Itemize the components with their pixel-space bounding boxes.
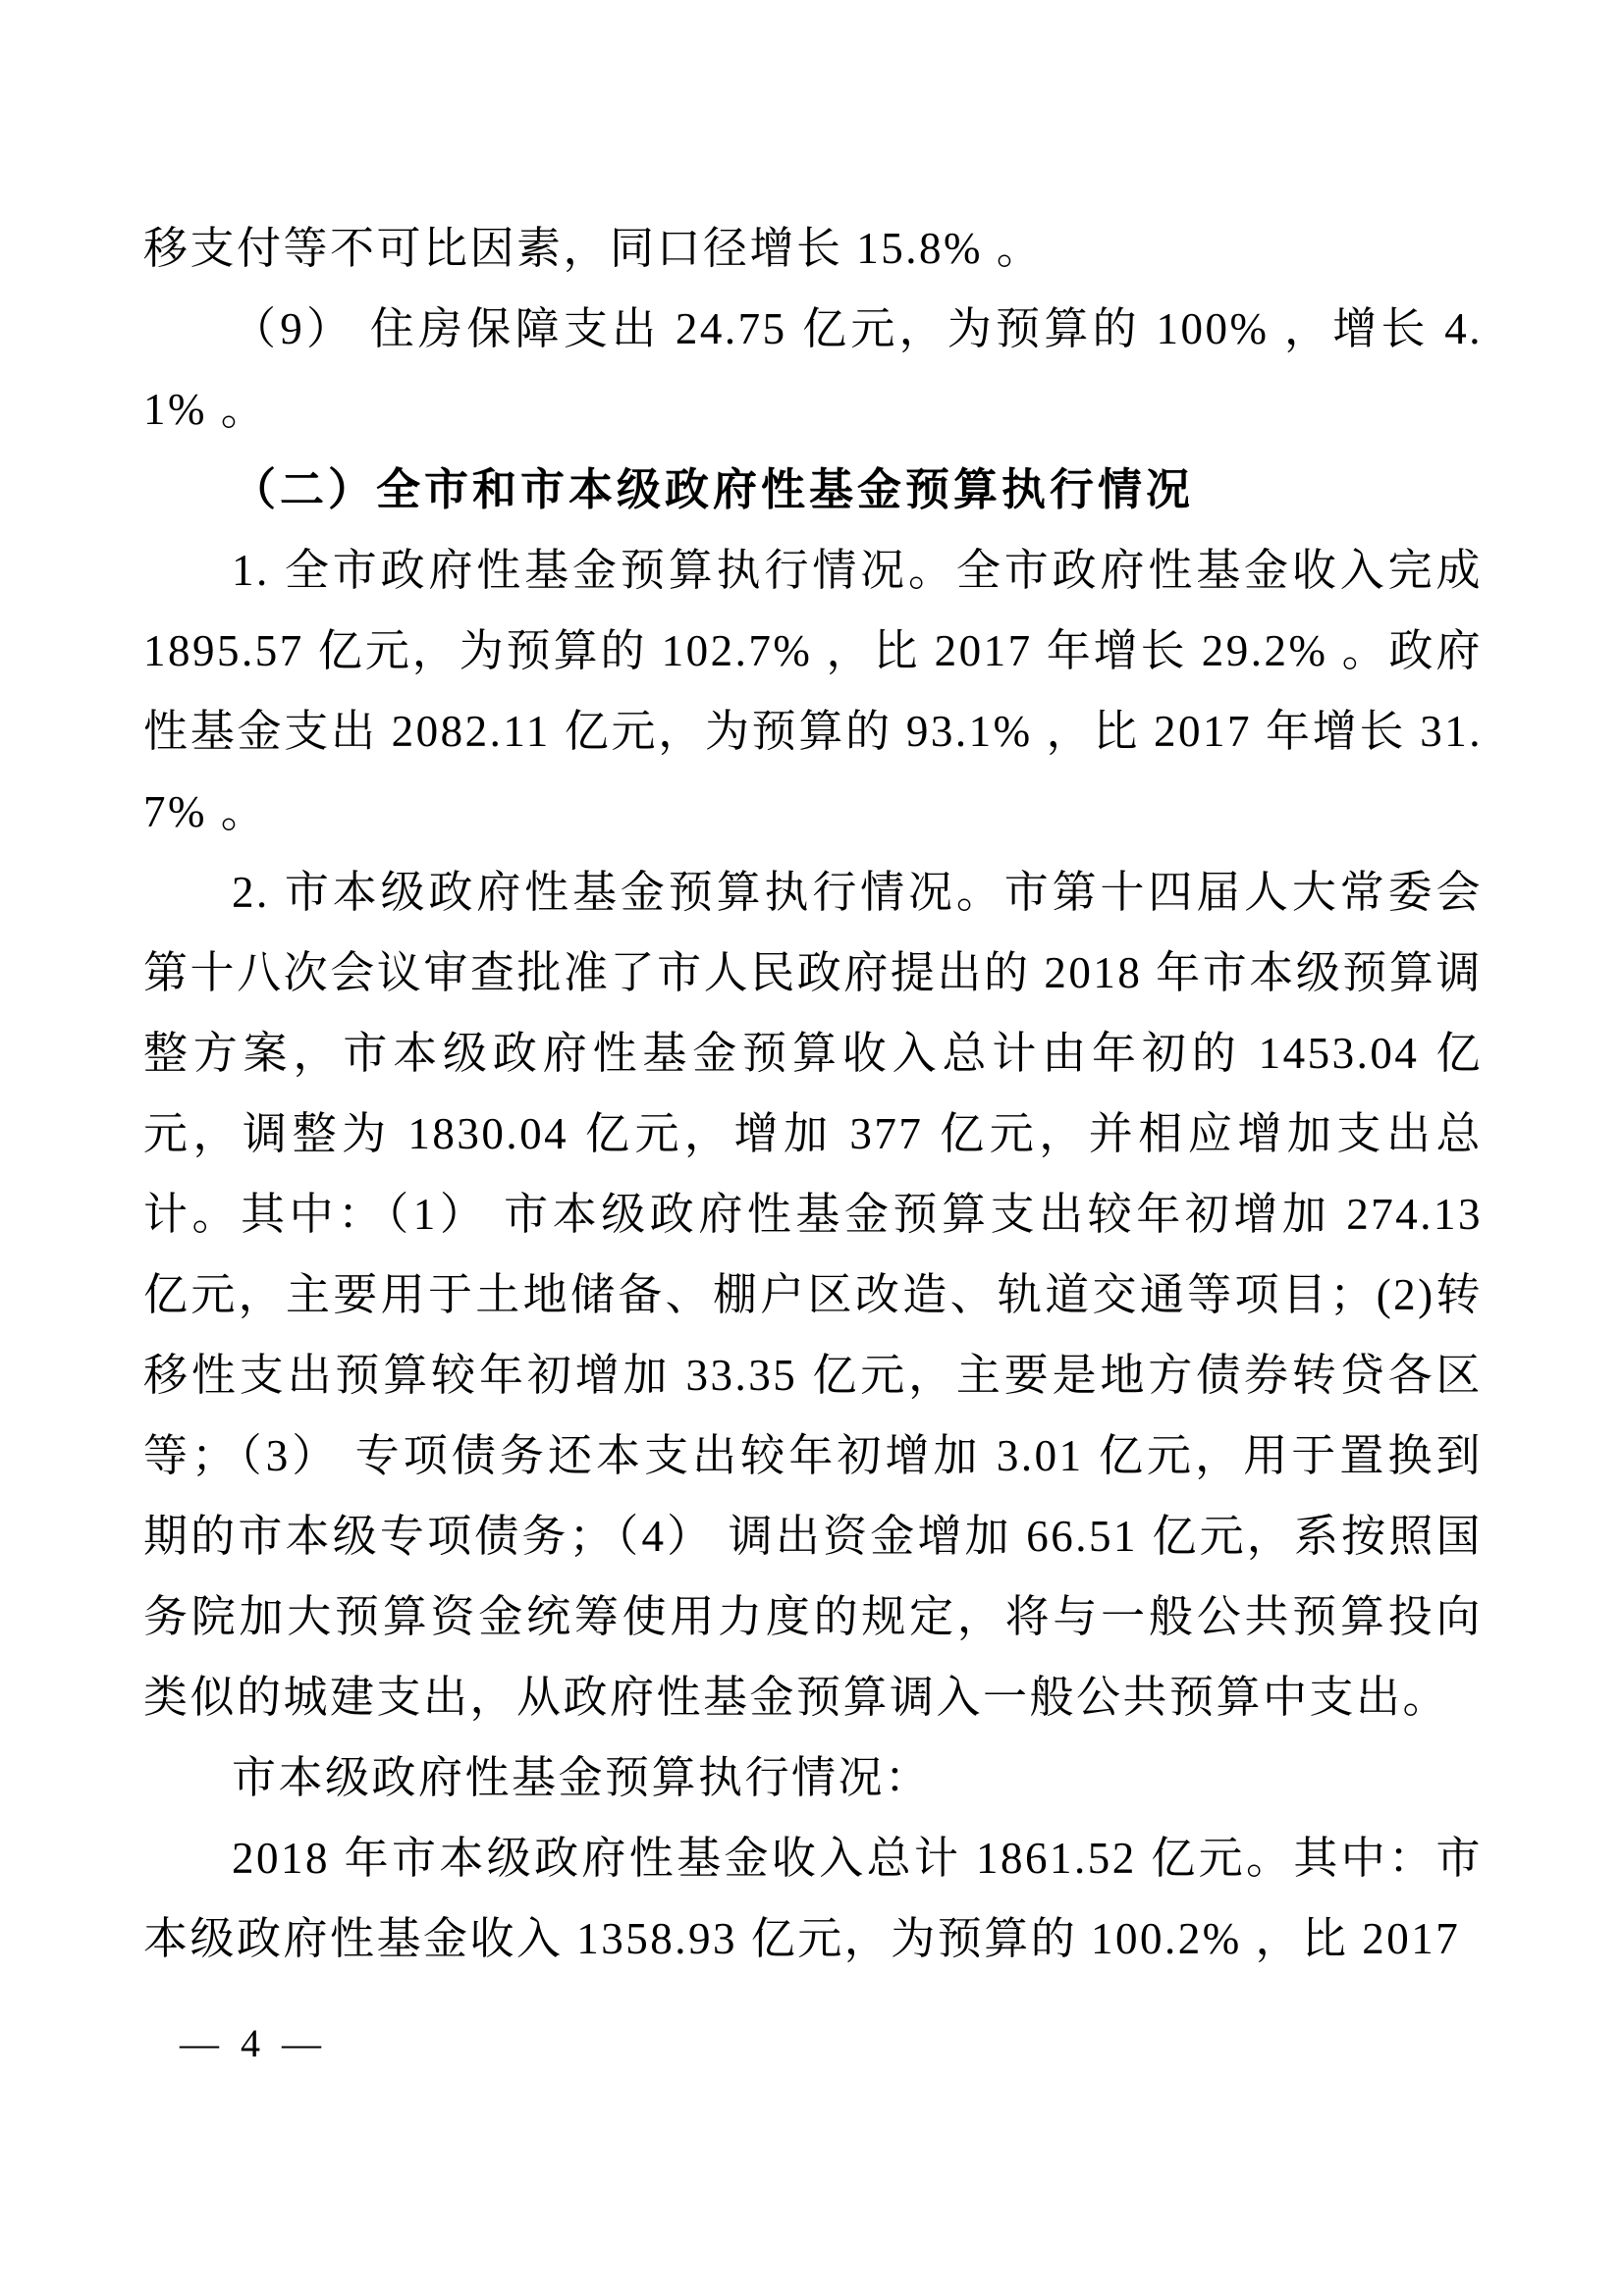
paragraph-execution-intro: 市本级政府性基金预算执行情况： — [143, 1737, 1483, 1818]
paragraph-citywide-fund: 1. 全市政府性基金预算执行情况。全市政府性基金收入完成 1895.57 亿元，… — [143, 530, 1483, 852]
paragraph-municipal-fund: 2. 市本级政府性基金预算执行情况。市第十四届人大常委会第十八次会议审查批准了市… — [143, 852, 1483, 1737]
document-body: 移支付等不可比因素，同口径增长 15.8% 。 （9） 住房保障支出 24.75… — [143, 208, 1483, 1979]
document-page: 移支付等不可比因素，同口径增长 15.8% 。 （9） 住房保障支出 24.75… — [0, 0, 1623, 2296]
page-number: — 4 — — [180, 2020, 327, 2066]
paragraph-item-9: （9） 住房保障支出 24.75 亿元，为预算的 100% ，增长 4.1% 。 — [143, 289, 1483, 450]
section-heading: （二）全市和市本级政府性基金预算执行情况 — [143, 450, 1483, 530]
paragraph-2018-revenue: 2018 年市本级政府性基金收入总计 1861.52 亿元。其中：市本级政府性基… — [143, 1818, 1483, 1979]
paragraph-continuation: 移支付等不可比因素，同口径增长 15.8% 。 — [143, 208, 1483, 289]
